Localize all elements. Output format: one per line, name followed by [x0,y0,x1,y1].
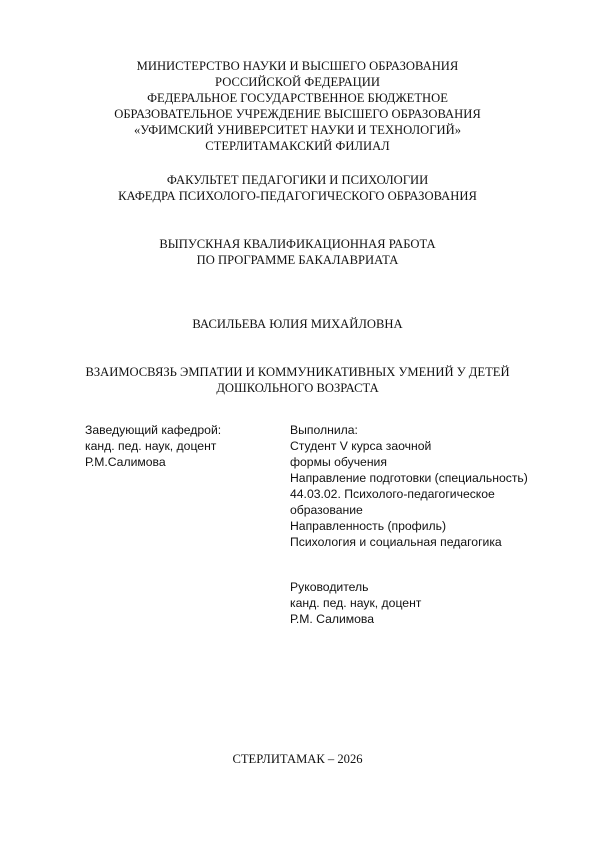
performer-direction-code: 44.03.02. Психолого-педагогическое [290,486,570,502]
head-of-department-name: Р.М.Салимова [85,454,275,470]
performer-profile-name: Психология и социальная педагогика [290,534,570,550]
supervisor-label: Руководитель [290,579,570,595]
author-name: ВАСИЛЬЕВА ЮЛИЯ МИХАЙЛОВНА [0,316,595,332]
country-line: РОССИЙСКОЙ ФЕДЕРАЦИИ [0,74,595,90]
supervisor-block: Руководитель канд. пед. наук, доцент Р.М… [290,579,570,627]
work-type-line-1: ВЫПУСКНАЯ КВАЛИФИКАЦИОННАЯ РАБОТА [0,236,595,252]
thesis-title: ВЗАИМОСВЯЗЬ ЭМПАТИИ И КОММУНИКАТИВНЫХ УМ… [0,364,595,396]
institution-type-line-1: ФЕДЕРАЛЬНОЕ ГОСУДАРСТВЕННОЕ БЮДЖЕТНОЕ [0,90,595,106]
ministry-line: МИНИСТЕРСТВО НАУКИ И ВЫСШЕГО ОБРАЗОВАНИЯ [0,58,595,74]
performer-label: Выполнила: [290,422,570,438]
document-page: МИНИСТЕРСТВО НАУКИ И ВЫСШЕГО ОБРАЗОВАНИЯ… [0,0,595,841]
faculty-block: ФАКУЛЬТЕТ ПЕДАГОГИКИ И ПСИХОЛОГИИ КАФЕДР… [0,172,595,204]
city-year: СТЕРЛИТАМАК – 2026 [0,751,595,767]
supervisor-name: Р.М. Салимова [290,611,570,627]
performer-direction-name: образование [290,502,570,518]
work-type-block: ВЫПУСКНАЯ КВАЛИФИКАЦИОННАЯ РАБОТА ПО ПРО… [0,236,595,268]
department-name: КАФЕДРА ПСИХОЛОГО-ПЕДАГОГИЧЕСКОГО ОБРАЗО… [0,188,595,204]
institution-header: МИНИСТЕРСТВО НАУКИ И ВЫСШЕГО ОБРАЗОВАНИЯ… [0,58,595,154]
head-of-department-label: Заведующий кафедрой: [85,422,275,438]
university-name: «УФИМСКИЙ УНИВЕРСИТЕТ НАУКИ И ТЕХНОЛОГИЙ… [0,122,595,138]
performer-profile-label: Направленность (профиль) [290,518,570,534]
author-block: ВАСИЛЬЕВА ЮЛИЯ МИХАЙЛОВНА [0,316,595,332]
supervisor-degree: канд. пед. наук, доцент [290,595,570,611]
branch-name: СТЕРЛИТАМАКСКИЙ ФИЛИАЛ [0,138,595,154]
performer-direction-label: Направление подготовки (специальность) [290,470,570,486]
work-type-line-2: ПО ПРОГРАММЕ БАКАЛАВРИАТА [0,252,595,268]
footer-block: СТЕРЛИТАМАК – 2026 [0,751,595,767]
thesis-title-line-1: ВЗАИМОСВЯЗЬ ЭМПАТИИ И КОММУНИКАТИВНЫХ УМ… [0,364,595,380]
performer-study-form: формы обучения [290,454,570,470]
faculty-name: ФАКУЛЬТЕТ ПЕДАГОГИКИ И ПСИХОЛОГИИ [0,172,595,188]
institution-type-line-2: ОБРАЗОВАТЕЛЬНОЕ УЧРЕЖДЕНИЕ ВЫСШЕГО ОБРАЗ… [0,106,595,122]
head-of-department-degree: канд. пед. наук, доцент [85,438,275,454]
performer-course: Студент V курса заочной [290,438,570,454]
head-of-department-block: Заведующий кафедрой: канд. пед. наук, до… [85,422,275,470]
thesis-title-line-2: ДОШКОЛЬНОГО ВОЗРАСТА [0,380,595,396]
performer-block: Выполнила: Студент V курса заочной формы… [290,422,570,550]
